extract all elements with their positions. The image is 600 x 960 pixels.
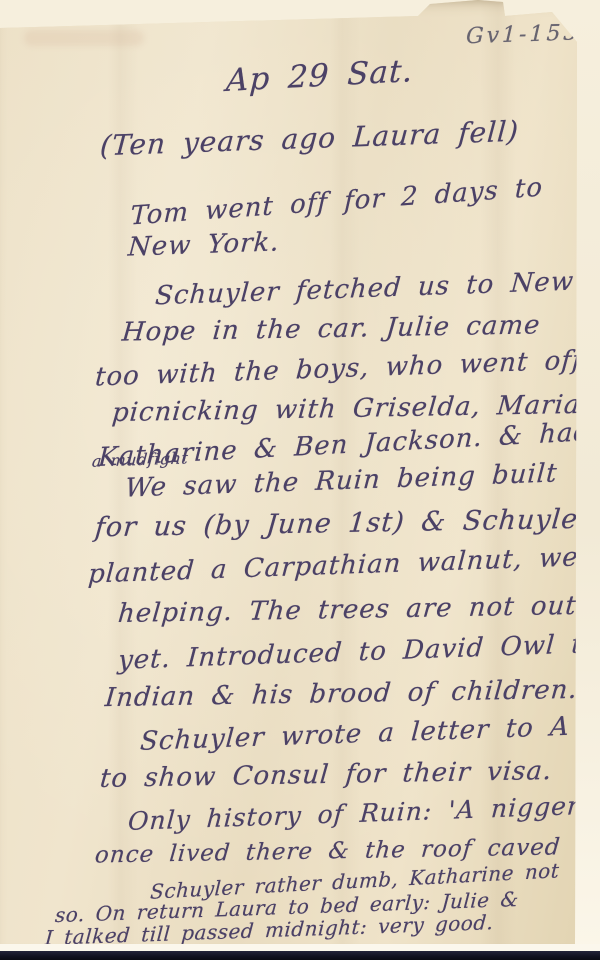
diary-line: planted a Carpathian walnut, we: [87, 542, 580, 589]
diary-line: too with the boys, who went off: [94, 345, 583, 392]
diary-line: helping. The trees are not out: [117, 591, 578, 629]
diary-line: Tom went off for 2 days to: [130, 173, 544, 232]
scanner-background-band: [0, 951, 600, 960]
diary-line: (Ten years ago Laura fell): [99, 115, 520, 163]
diary-line: New York.: [127, 227, 281, 262]
diary-line: Indian & his brood of children.: [104, 675, 579, 713]
diary-line: Only history of Ruin: 'A nigger: [127, 791, 581, 836]
diary-line: to show Consul for their visa.: [99, 756, 554, 794]
diary-line: Schuyler fetched us to New: [154, 267, 575, 312]
diary-date-heading: Ap 29 Sat.: [225, 53, 414, 99]
manuscript-page: Gv1-1539 Ap 29 Sat. (Ten years ago Laura…: [0, 0, 600, 948]
page-bottom-edge: [0, 944, 600, 951]
diary-line: yet. Introduced to David Owl the: [117, 628, 600, 676]
diary-interlinear-insertion: a mudfight: [91, 448, 189, 470]
diary-line: Schuyler wrote a letter to A & B: [139, 709, 600, 757]
diary-line: for us (by June 1st) & Schuyler: [94, 504, 594, 544]
diary-line: Hope in the car. Julie came: [121, 310, 542, 347]
faded-stamp-smudge: [24, 30, 144, 46]
